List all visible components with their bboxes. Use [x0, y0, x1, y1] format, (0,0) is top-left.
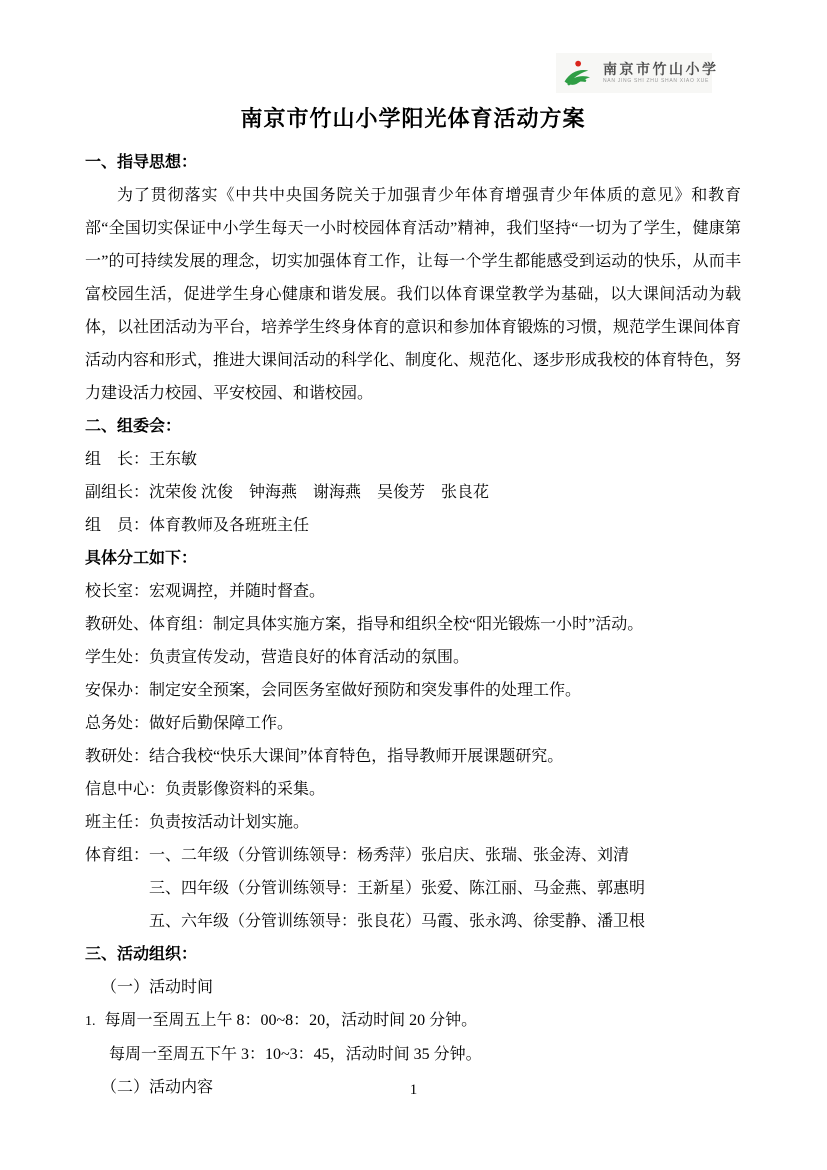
committee-deputy-line: 副组长：沈荣俊 沈俊 钟海燕 谢海燕 吴俊芳 张良花: [85, 476, 741, 509]
logo-text-block: 南京市竹山小学 NAN JING SHI ZHU SHAN XIAO XUE: [603, 61, 719, 85]
logo-school-name-latin: NAN JING SHI ZHU SHAN XIAO XUE: [603, 78, 719, 85]
guiding-ideology-paragraph: 为了贯彻落实《中共中央国务院关于加强青少年体育增强青少年体质的意见》和教育部“全…: [85, 179, 741, 410]
document-title: 南京市竹山小学阳光体育活动方案: [85, 104, 741, 134]
school-logo-icon: [562, 58, 596, 88]
document-body: 南京市竹山小学阳光体育活动方案 一、指导思想： 为了贯彻落实《中共中央国务院关于…: [85, 104, 741, 1104]
duty-line-research-sports: 教研处、体育组：制定具体实施方案，指导和组织全校“阳光锻炼一小时”活动。: [85, 608, 741, 641]
list-number: 1.: [85, 1014, 96, 1029]
section-3-heading: 三、活动组织：: [85, 938, 741, 971]
sports-group-line-3: 五、六年级（分管训练领导：张良花）马霞、张永鸿、徐雯静、潘卫根: [85, 905, 741, 938]
section-1-heading: 一、指导思想：: [85, 146, 741, 179]
section-2-heading: 二、组委会：: [85, 410, 741, 443]
logo-swoosh-shape: [565, 70, 591, 85]
logo-school-name: 南京市竹山小学: [603, 61, 719, 77]
sports-group-line-1: 体育组：一、二年级（分管训练领导：杨秀萍）张启庆、张瑞、张金涛、刘清: [85, 839, 741, 872]
sports-group-line-2: 三、四年级（分管训练领导：王新星）张爱、陈江丽、马金燕、郭惠明: [85, 872, 741, 905]
activity-time-morning-line: 1.每周一至周五上午 8：00~8：20，活动时间 20 分钟。: [85, 1004, 741, 1038]
duty-line-research-office: 教研处：结合我校“快乐大课间”体育特色，指导教师开展课题研究。: [85, 740, 741, 773]
logo-red-dot: [575, 61, 581, 67]
duty-line-student-office: 学生处：负责宣传发动，营造良好的体育活动的氛围。: [85, 641, 741, 674]
duty-line-info-center: 信息中心：负责影像资料的采集。: [85, 773, 741, 806]
division-heading: 具体分工如下：: [85, 542, 741, 575]
committee-members-line: 组 员：体育教师及各班班主任: [85, 509, 741, 542]
page-number: 1: [0, 1080, 827, 1100]
activity-time-afternoon-line: 每周一至周五下午 3：10~3：45，活动时间 35 分钟。: [85, 1038, 741, 1071]
document-page: 南京市竹山小学 NAN JING SHI ZHU SHAN XIAO XUE 南…: [0, 0, 827, 1170]
duty-line-class-teachers: 班主任：负责按活动计划实施。: [85, 806, 741, 839]
duty-line-security-office: 安保办：制定安全预案，会同医务室做好预防和突发事件的处理工作。: [85, 674, 741, 707]
activity-time-heading: （一）活动时间: [85, 971, 741, 1004]
activity-time-morning-text: 每周一至周五上午 8：00~8：20，活动时间 20 分钟。: [105, 1012, 478, 1029]
school-logo: 南京市竹山小学 NAN JING SHI ZHU SHAN XIAO XUE: [556, 53, 712, 93]
committee-leader-line: 组 长：王东敏: [85, 443, 741, 476]
duty-line-principal-office: 校长室：宏观调控，并随时督查。: [85, 575, 741, 608]
duty-line-general-affairs: 总务处：做好后勤保障工作。: [85, 707, 741, 740]
